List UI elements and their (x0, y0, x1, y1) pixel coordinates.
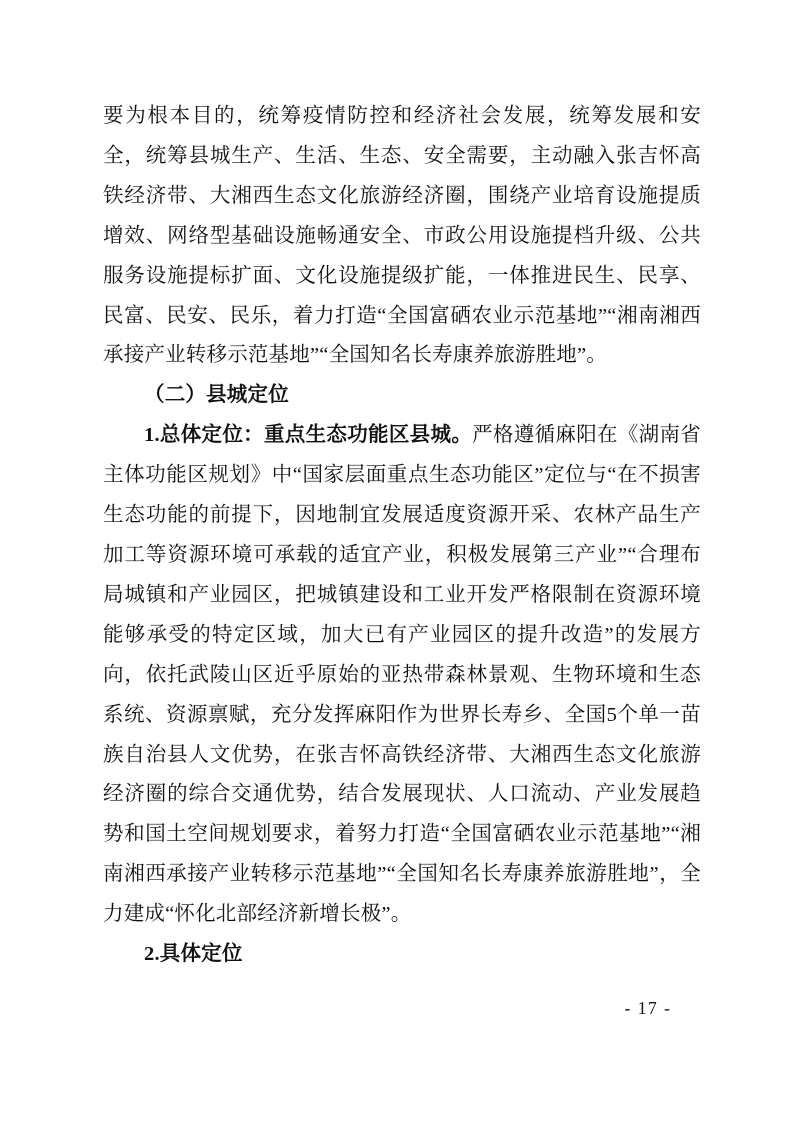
document-page: 要为根本目的，统筹疫情防控和经济社会发展，统筹发展和安全，统筹县城生产、生活、生… (0, 0, 793, 1122)
paragraph-continuation: 要为根本目的，统筹疫情防控和经济社会发展，统筹发展和安全，统筹县城生产、生活、生… (103, 97, 701, 376)
paragraph-overall-positioning: 1.总体定位：重点生态功能区县城。严格遵循麻阳在《湖南省主体功能区规划》中“国家… (103, 416, 701, 935)
subheading-specific-positioning: 2.具体定位 (103, 935, 701, 975)
paragraph-lead-overall-positioning: 1.总体定位：重点生态功能区县城。 (144, 424, 472, 446)
paragraph-overall-positioning-text: 严格遵循麻阳在《湖南省主体功能区规划》中“国家层面重点生态功能区”定位与“在不损… (103, 424, 701, 925)
page-number: - 17 - (598, 998, 698, 1019)
section-heading-county-positioning: （二）县城定位 (103, 376, 701, 416)
document-body: 要为根本目的，统筹疫情防控和经济社会发展，统筹发展和安全，统筹县城生产、生活、生… (103, 97, 701, 975)
